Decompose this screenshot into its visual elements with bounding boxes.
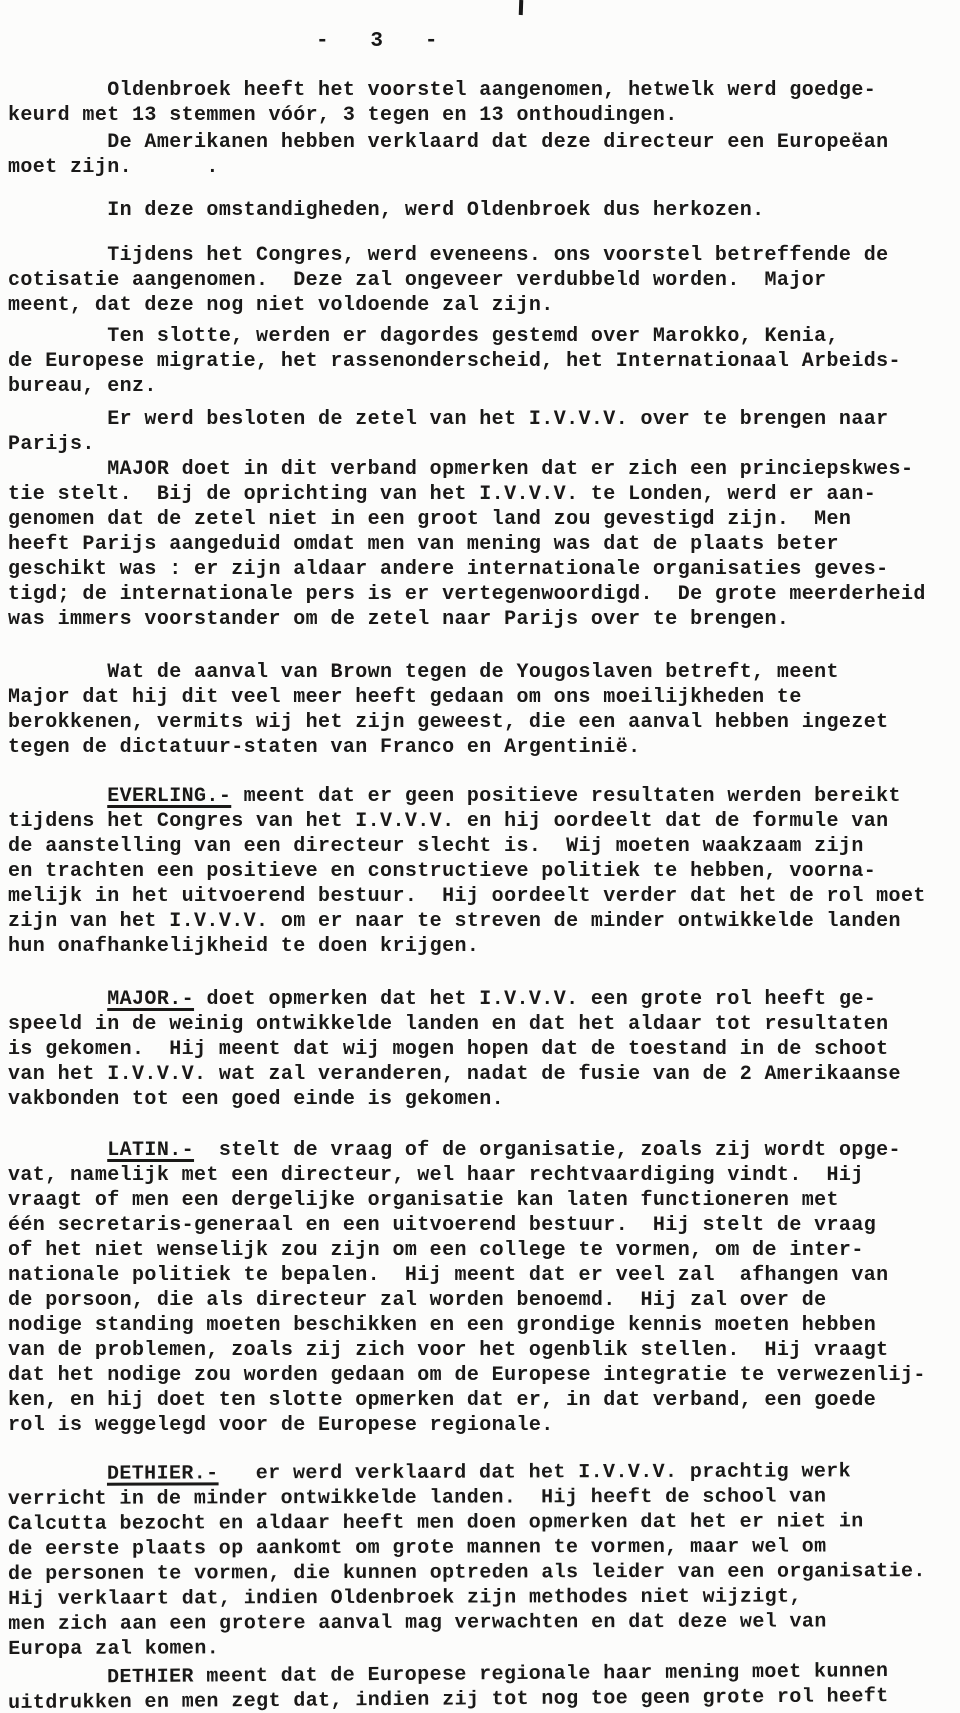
paragraph-amerikanen: De Amerikanen hebben verklaard dat deze … (8, 130, 952, 180)
paragraph-herkozen: In deze omstandigheden, werd Oldenbroek … (8, 198, 952, 223)
speaker-name-everling: EVERLING.- (107, 785, 231, 808)
paragraph-text: er werd verklaard dat het I.V.V.V. prach… (8, 1460, 926, 1661)
paragraph-lead (8, 988, 107, 1011)
paragraph-text: In deze omstandigheden, werd Oldenbroek … (8, 199, 765, 222)
paragraph-major-princiepskwestie: MAJOR doet in dit verband opmerken dat e… (8, 457, 952, 632)
paragraph-text: Er werd besloten de zetel van het I.V.V.… (8, 408, 889, 456)
speaker-name-dethier: DETHIER.- (107, 1462, 219, 1485)
paragraph-text: MAJOR doet in dit verband opmerken dat e… (8, 458, 926, 631)
paragraph-text: stelt de vraag of de organisatie, zoals … (8, 1139, 926, 1437)
paragraph-cotisatie: Tijdens het Congres, werd eveneens. ons … (8, 243, 952, 318)
paragraph-lead (8, 1463, 107, 1486)
paragraph-lead (8, 785, 107, 808)
paragraph-text: De Amerikanen hebben verklaard dat deze … (8, 131, 889, 179)
speaker-name-latin: LATIN.- (107, 1139, 194, 1162)
paragraph-dagordes: Ten slotte, werden er dagordes gestemd o… (8, 324, 952, 399)
paragraph-text: Tijdens het Congres, werd eveneens. ons … (8, 244, 889, 317)
paragraph-dethier: DETHIER.- er werd verklaard dat het I.V.… (8, 1459, 953, 1662)
paragraph-major: MAJOR.- doet opmerken dat het I.V.V.V. e… (8, 987, 952, 1112)
paragraph-oldenbroek-vote: Oldenbroek heeft het voorstel aangenomen… (8, 78, 952, 128)
paragraph-lead (8, 1139, 107, 1162)
document-body: Oldenbroek heeft het voorstel aangenomen… (0, 0, 960, 1713)
scanned-document-page: - 3 - Oldenbroek heeft het voorstel aang… (0, 0, 960, 1713)
paragraph-text: meent dat er geen positieve resultaten w… (8, 785, 926, 958)
paragraph-text: Wat de aanval van Brown tegen de Yougosl… (8, 661, 889, 759)
paragraph-latin: LATIN.- stelt de vraag of de organisatie… (8, 1138, 952, 1438)
speaker-name-major: MAJOR.- (107, 988, 194, 1011)
paragraph-everling: EVERLING.- meent dat er geen positieve r… (8, 784, 952, 959)
paragraph-text: DETHIER meent dat de Europese regionale … (8, 1660, 889, 1713)
paragraph-zetel-parijs: Er werd besloten de zetel van het I.V.V.… (8, 407, 952, 457)
paragraph-text: Oldenbroek heeft het voorstel aangenomen… (8, 79, 876, 127)
paragraph-aanval-brown: Wat de aanval van Brown tegen de Yougosl… (8, 660, 952, 760)
paragraph-text: Ten slotte, werden er dagordes gestemd o… (8, 325, 901, 398)
paragraph-dethier-regionale: DETHIER meent dat de Europese regionale … (8, 1659, 952, 1713)
